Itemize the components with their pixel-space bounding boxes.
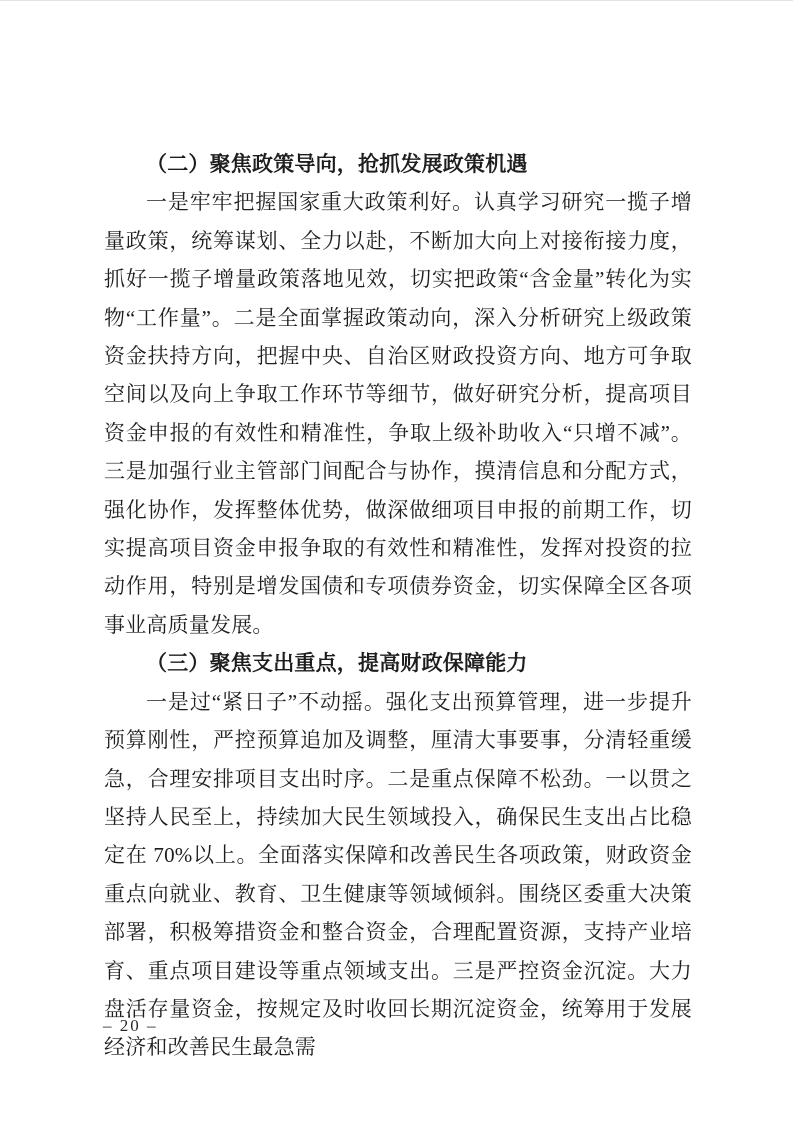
document-page: （二）聚焦政策导向，抢抓发展政策机遇 一是牢牢把握国家重大政策利好。认真学习研究… xyxy=(0,0,793,1122)
section-heading-2: （二）聚焦政策导向，抢抓发展政策机遇 xyxy=(104,145,692,183)
section-2-paragraph: 一是牢牢把握国家重大政策利好。认真学习研究一揽子增量政策，统筹谋划、全力以赴，不… xyxy=(104,183,692,644)
section-3-paragraph: 一是过“紧日子”不动摇。强化支出预算管理，进一步提升预算刚性，严控预算追加及调整… xyxy=(104,683,692,1067)
document-body: （二）聚焦政策导向，抢抓发展政策机遇 一是牢牢把握国家重大政策利好。认真学习研究… xyxy=(104,145,692,1067)
page-number: – 20 – xyxy=(103,1013,158,1039)
section-heading-3: （三）聚焦支出重点，提高财政保障能力 xyxy=(104,644,692,682)
